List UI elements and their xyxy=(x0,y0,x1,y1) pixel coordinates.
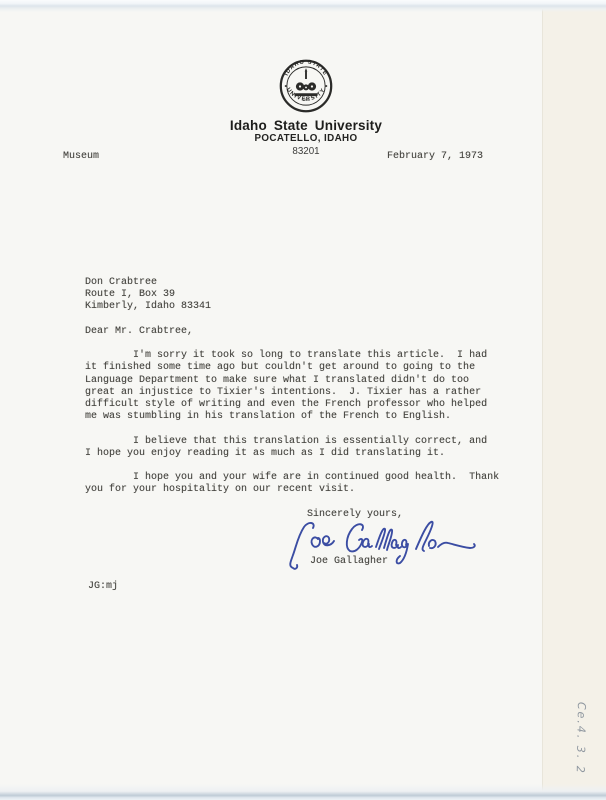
svg-text:1901: 1901 xyxy=(302,98,309,102)
typist-initials: JG:mj xyxy=(88,581,118,593)
letter-date: February 7, 1973 xyxy=(387,151,483,163)
university-name: Idaho State University xyxy=(3,118,606,133)
university-city: POCATELLO, IDAHO xyxy=(3,133,606,144)
scan-bottom-edge xyxy=(0,784,606,800)
university-seal-icon: IDAHO STATE UNIVERSITY 1901 xyxy=(278,58,334,114)
department-label: Museum xyxy=(63,151,99,163)
scanned-letter: { "letterhead": { "university": "Idaho S… xyxy=(0,0,606,800)
typed-signature-name: Joe Gallagher xyxy=(310,556,388,568)
scan-top-edge xyxy=(0,0,606,12)
letter-body: Don Crabtree Route I, Box 39 Kimberly, I… xyxy=(85,277,499,521)
catalog-annotation: Ce.4. 3. 2 xyxy=(574,702,588,775)
